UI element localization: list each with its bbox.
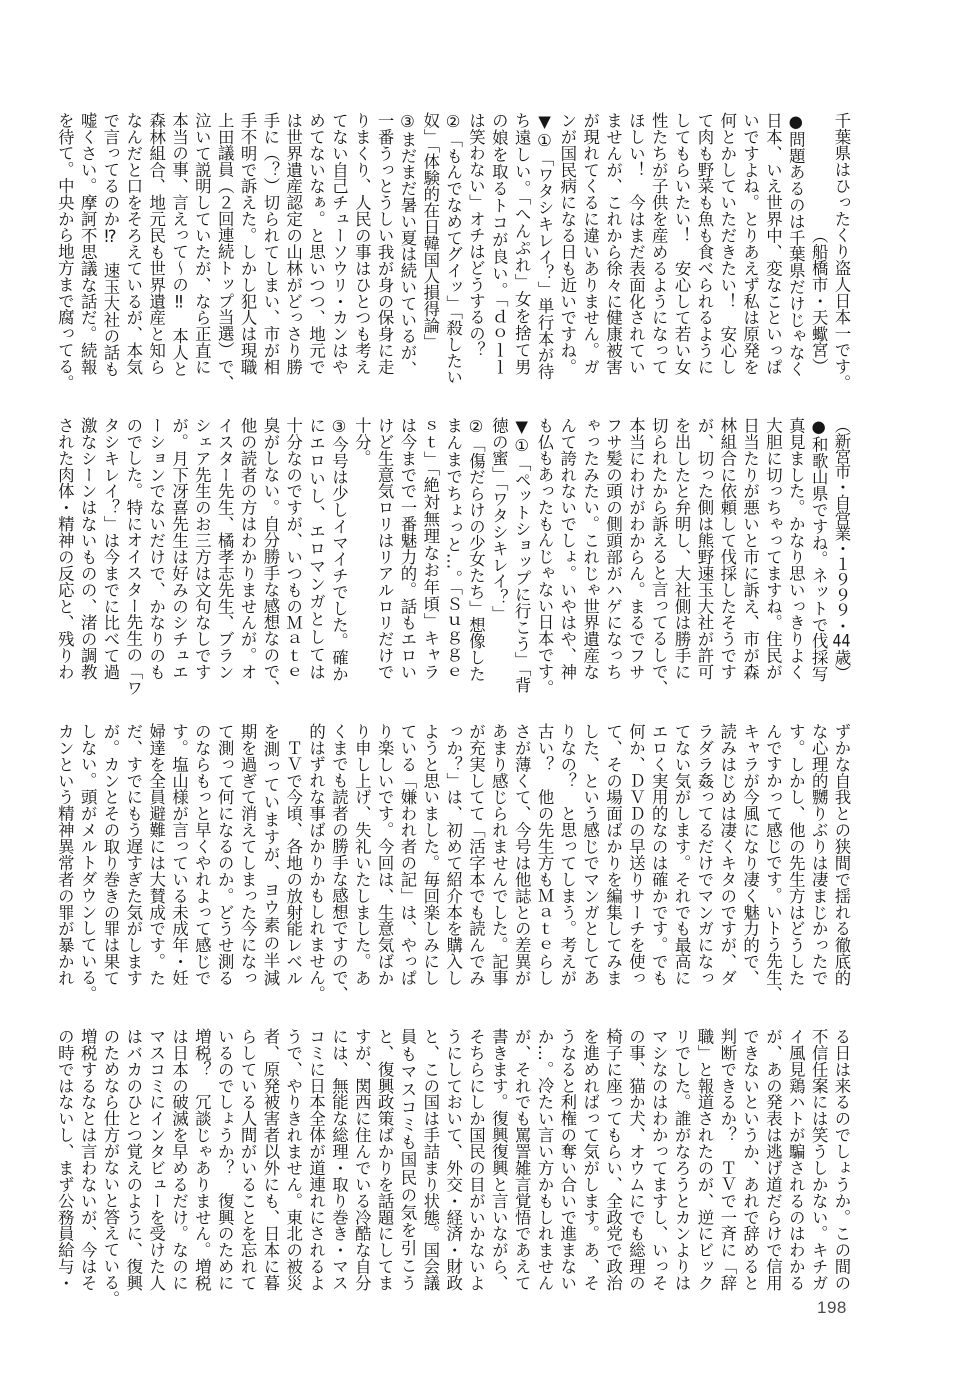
text-column: 手不明で訴えた。しかし犯人は現職 [235, 112, 258, 375]
text-column: を測っていますが、ヨウ素の半減 [258, 723, 281, 986]
text-column: した、という感じでマンガとしてあ [578, 723, 601, 986]
text-column: も仏もあったもんじゃない日本です。 [532, 417, 555, 680]
text-column: ち遠しい。「へんぷれ」女を捨て男 [509, 112, 532, 375]
text-column: な心理的嬲りぶりは凄まじかったで [806, 723, 829, 986]
text-column: くまでも読者の勝手な感想ですので、 [327, 723, 350, 986]
text-column: 判断できるか？ ＴＶで一斉に「辞 [715, 1028, 738, 1291]
text-column: 性たちが子供を産めるようになって [646, 112, 669, 375]
text-column: ▼①「ワタシキレイ？」単行本が待 [532, 112, 555, 375]
text-tier-2: （新宮市・自営業・１９９９・44歳） ●和歌山県ですね。ネットで伐採写 真見まし… [52, 417, 852, 680]
text-column: けど生意気ロリはリアルロリだけで [372, 417, 395, 680]
text-column: て肉も野菜も魚も食べられるように [692, 112, 715, 375]
text-column: イスター先生、橘孝志先生、ブラン [212, 417, 235, 680]
text-column: で言ってるのか⁉ 速玉大社の話も [98, 112, 121, 375]
text-column: ＴＶで今頃、各地の放射能レベル [281, 723, 304, 986]
text-column: には、無能な総理・取り巻き・マス [327, 1028, 350, 1291]
text-column: そちらにしか国民の目がいかないよ [464, 1028, 487, 1291]
text-column: めてないなぁ。と思いつつ、地元で [304, 112, 327, 375]
text-column: にエロいし、エロマンガとしては [304, 417, 327, 680]
text-column: を出したと弁明し、大社側は勝手に [669, 417, 692, 680]
text-column: ゃったみたい。これじゃ世界遺産な [578, 417, 601, 680]
text-column: 日本、いえ世界中、変なこといっぱ [761, 112, 784, 375]
text-column: 森林組合、地元民も世界遺産と知ら [144, 112, 167, 375]
text-column: ｓｔ」「絶対無理なお年頃」キャラ [418, 417, 441, 680]
text-column: 激なシーンはないものの、渚の調教 [75, 417, 98, 680]
text-column: ーションでないだけで、かなりのも [144, 417, 167, 680]
text-column: キャラが今風になり凄く魅力的で、 [738, 723, 761, 986]
text-column: 一番うっとうしい我が身の保身に走 [372, 112, 395, 375]
text-column: の事、猫か犬、オウムにでも総理の [624, 1028, 647, 1291]
text-column: ●和歌山県ですね。ネットで伐採写 [806, 417, 829, 680]
text-column: と、この国は手詰まり状態。国会議 [418, 1028, 441, 1291]
text-column: ③今号は少しイマイチでした。確か [327, 417, 350, 680]
text-column: 古い？ 他の先生方もＭａｔｅらし [532, 723, 555, 986]
text-column: うで、やりきれません。東北の被災 [281, 1028, 304, 1291]
text-column: が。カンとその取り巻きの罪は果て [98, 723, 121, 986]
text-column: ③まだまだ暑い夏は続いているが、 [395, 112, 418, 375]
text-column: 大胆に切っちゃってますね。住民が [761, 417, 784, 680]
text-column: ②「傷だらけの少女たち」想像した [464, 417, 487, 680]
text-column: 十分。 [349, 417, 372, 680]
sender-attribution: （新宮市・自営業・１９９９・44歳） [829, 417, 852, 680]
text-column: 他の読者の方はわかりませんが。オ [235, 417, 258, 680]
text-column: すが、関西に住んでいる冷酷な自分 [349, 1028, 372, 1291]
text-column: ラダラ姦ってるだけでマンガになっ [692, 723, 715, 986]
text-column: 的はずれな事ばかりかもしれません。 [304, 723, 327, 986]
text-column: 何か、ＤＶＤの早送りサーチを使っ [624, 723, 647, 986]
text-column: 真見ました。かなり思いっきりよく [783, 417, 806, 680]
text-column: す。塩山様が言っている未成年・妊 [167, 723, 190, 986]
text-column: された肉体・精神の反応と、残りわ [52, 417, 75, 680]
text-column: ンが国民病になる日も近いですね。 [555, 112, 578, 375]
text-column: さが薄くて、今号は他誌との差異が [509, 723, 532, 986]
text-column: ようと思いました。毎回楽しみにし [418, 723, 441, 986]
page-number: 198 [817, 1298, 847, 1318]
text-column: てない自己チューソウリ・カンはや [327, 112, 350, 375]
text-column: 嘘くさい。摩訶不思議な話だ。続報 [75, 112, 98, 375]
text-column: 何とかしていただきたい！ 安心し [715, 112, 738, 375]
text-column: ▼①「ペットショップに行こう」「背 [509, 417, 532, 680]
text-column: してもらいたい！ 安心して若い女 [669, 112, 692, 375]
text-column: はバカのひとつ覚えのように、復興 [121, 1028, 144, 1291]
text-column: しない。頭がメルトダウンしている。 [75, 723, 98, 986]
text-column: 増税するなとは言わないが、今はそ [75, 1028, 98, 1291]
text-column: フサ髪の頭の側頭部がハゲになっち [601, 417, 624, 680]
text-column: シェア先生のお三方は文句なしです [190, 417, 213, 680]
text-column: 者、原発被害者以外にも、日本に暮 [258, 1028, 281, 1291]
text-column: が、切った側は熊野速玉大社が許可 [692, 417, 715, 680]
text-column: エロく実用的なのは確かです。でも [646, 723, 669, 986]
text-column: りまくり、人民の事はひとつも考え [349, 112, 372, 375]
text-column: カンという精神異常者の罪が暴かれ [52, 723, 75, 986]
text-column: だ、すでにもう遅すぎた気がします [121, 723, 144, 986]
text-column: が充実してて「活字本でも読んでみ [464, 723, 487, 986]
text-column: いですよね。とりあえず私は原発を [738, 112, 761, 375]
text-column: が。月下冴喜先生は好みのシチュエ [167, 417, 190, 680]
text-column: のためなら仕方がないと答えている。 [98, 1028, 121, 1291]
text-column: できないというか、あれで辞めると [738, 1028, 761, 1291]
text-column: ほしい！ 今はまだ表面化されてい [624, 112, 647, 375]
magazine-page: 千葉県はひったくり盗人日本一です。 （船橋市・天蠍宮） ●問題あるのは千葉県だけ… [0, 0, 972, 1384]
text-column: 増税？ 冗談じゃありません。増税 [190, 1028, 213, 1291]
text-column: まんまでちょっと…。「Ｓｕｇｇｅ [441, 417, 464, 680]
text-column: 手に（？）切られてしまい、市が相 [258, 112, 281, 375]
text-column: る日は来るのでしょうか。この間の [829, 1028, 852, 1291]
text-column: ませんが、これから徐々に健康被害 [601, 112, 624, 375]
text-tier-4: る日は来るのでしょうか。この間の 不信任案には笑うしかない。キチガ イ風見鶏ハト… [52, 1028, 852, 1291]
text-column: 徳の蜜」「ワタシキレイ？」 [487, 417, 510, 680]
text-column: リでした。誰がなろうとカンよりは [669, 1028, 692, 1291]
text-column: 読みはじめは凄くキタのですが、ダ [715, 723, 738, 986]
text-column: を進めればって気がします。あ、そ [578, 1028, 601, 1291]
text-column: て、その場面ばかりを編集してみま [601, 723, 624, 986]
text-column: タシキレイ？」は今までに比べて過 [98, 417, 121, 680]
text-column: か…。冷たい言い方かもしれません [532, 1028, 555, 1291]
text-column: 椅子に座ってもらい、全政党で政治 [601, 1028, 624, 1291]
text-column: が現れてくるに違いありません。ガ [578, 112, 601, 375]
text-column: ずかな自我との狭間で揺れる徹底的 [829, 723, 852, 986]
text-column: 職」と報道されたのが、逆にビック [692, 1028, 715, 1291]
text-column: ②「もんでなめてグイッ」「殺したい [441, 112, 464, 375]
text-column: うなると利権の奪い合いで進まない [555, 1028, 578, 1291]
text-column: なんだと口をそろえているが、本気 [121, 112, 144, 375]
text-tier-1: 千葉県はひったくり盗人日本一です。 （船橋市・天蠍宮） ●問題あるのは千葉県だけ… [52, 112, 852, 375]
text-column: 泣いて説明していたが、なら正直に [190, 112, 213, 375]
text-column: て測って何になるのか。どうせ測る [212, 723, 235, 986]
text-column: と、復興政策ばかりを話題にしてま [372, 1028, 395, 1291]
text-column: あまり感じられませんでした。記事 [487, 723, 510, 986]
text-column: マシなのはわかってますし、いっそ [646, 1028, 669, 1291]
text-column: んて誇れないでしょ。いやはや、神 [555, 417, 578, 680]
text-column: が、それでも罵詈雑言覚悟であえて [509, 1028, 532, 1291]
text-column: は世界遺産認定の山林がどっさり勝 [281, 112, 304, 375]
text-column: ●問題あるのは千葉県だけじゃなく [783, 112, 806, 375]
sender-attribution: （船橋市・天蠍宮） [806, 112, 829, 375]
text-column: は日本の破滅を早めるだけ。なのに [167, 1028, 190, 1291]
text-column: 期を過ぎて消えてしまった今になっ [235, 723, 258, 986]
text-column: 臭がしない。自分勝手な感想なので、 [258, 417, 281, 680]
text-column: は今までで一番魅力的。話もエロい [395, 417, 418, 680]
text-column: いるのでしょうか？ 復興のために [212, 1028, 235, 1291]
text-column: りなの？ と思ってしまう。考えが [555, 723, 578, 986]
text-column: てない気がします。それでも最高に [669, 723, 692, 986]
text-column: のならもっと早くやれよって感じで [190, 723, 213, 986]
text-tier-3: ずかな自我との狭間で揺れる徹底的 な心理的嬲りぶりは凄まじかったで す。しかし、… [52, 723, 852, 986]
text-column: 千葉県はひったくり盗人日本一です。 [829, 112, 852, 375]
text-column: イ風見鶏ハトが騙されるのはわかる [783, 1028, 806, 1291]
text-column: のでした。特にオイスター先生の「ワ [121, 417, 144, 680]
text-column: 不信任案には笑うしかない。キチガ [806, 1028, 829, 1291]
text-column: 上田議員（２回連続トップ当選）で、 [212, 112, 235, 375]
text-column: 十分なのですが、いつものＭａｔｅ [281, 417, 304, 680]
text-column: の娘を取るトコが良い。「ｄｏｌｌ [487, 112, 510, 375]
text-column: り楽しいです。今回は、生意気ばか [372, 723, 395, 986]
attribution-suffix: 歳） [832, 649, 851, 680]
text-column: 員もマスコミも国民の気を引こう [395, 1028, 418, 1291]
text-column: マスコミにインタビューを受けた人 [144, 1028, 167, 1291]
text-column: 本当の事、言えって～の‼ 本人と [167, 112, 190, 375]
text-column: の時ではないし、まず公務員給与・ [52, 1028, 75, 1291]
text-column: り申し上げ、失礼いたしました。あ [349, 723, 372, 986]
text-column: が、あの発表は逃げ道だらけで信用 [761, 1028, 784, 1291]
text-column: っか？」は、初めて紹介本を購入し [441, 723, 464, 986]
text-column: 書きます。復興復興と言いながら、 [487, 1028, 510, 1291]
text-column: らしている人間がいることを忘れて [235, 1028, 258, 1291]
text-column: 婦達を全員避難には大賛成です。た [144, 723, 167, 986]
text-column: んですかって感じです。いトう先生、 [761, 723, 784, 986]
text-column: 奴」「体験的在日韓国人損得論」 [418, 112, 441, 375]
text-column: ている「嫌われ者の記」は、やっぱ [395, 723, 418, 986]
text-column: す。しかし、他の先生方はどうした [783, 723, 806, 986]
text-column: 切られたから訴えると言ってるしで、 [646, 417, 669, 680]
text-column: コミに日本全体が道連れにされるよ [304, 1028, 327, 1291]
text-column: 林組合に依頼して伐採したそうです [715, 417, 738, 680]
text-column: を待て。中央から地方まで腐ってる。 [52, 112, 75, 375]
text-column: 本当にわけがわからん。まるでフサ [624, 417, 647, 680]
text-column: は笑わない」オチはどうするの？ [464, 112, 487, 375]
text-column: うにしておいて、外交・経済・財政 [441, 1028, 464, 1291]
attribution-prefix: （新宮市・自営業・１９９９・ [832, 417, 851, 633]
text-column: 日当たりが悪いと市に訴え、市が森 [738, 417, 761, 680]
attribution-age: 44 [832, 633, 851, 649]
